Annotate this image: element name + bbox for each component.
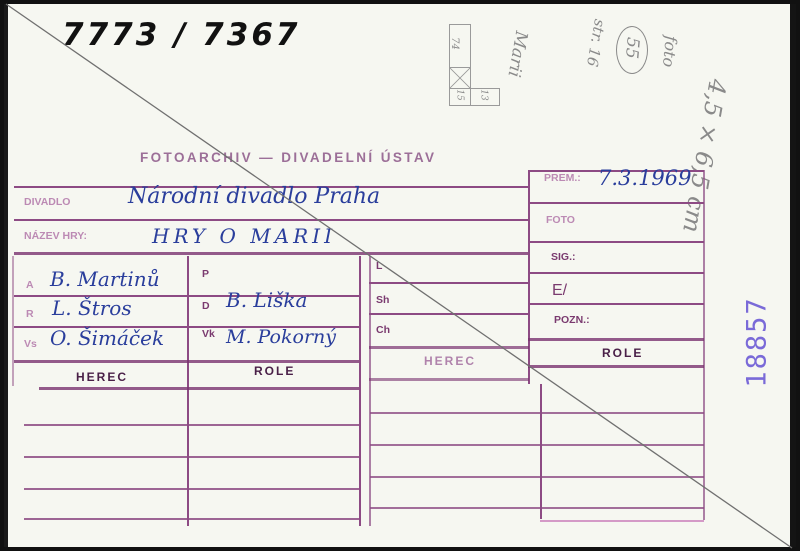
card-edge-left: [4, 4, 8, 547]
divider: [369, 346, 529, 349]
archive-card: 7773 / 7367 74 15 13 Marii str. 16 55 fo…: [4, 4, 796, 547]
pencil-box-bottom-right: 13: [479, 89, 489, 100]
divider: [540, 384, 542, 519]
value-nazev-hry: HRY O MARII: [152, 224, 336, 248]
pencil-note-foto: foto: [659, 35, 681, 68]
divider: [528, 365, 704, 368]
divider: [528, 338, 704, 341]
value-prem: 7.3.1969: [598, 166, 692, 190]
value-credit-r: L. Štros: [52, 296, 132, 320]
pencil-box-bottom-left: 15: [455, 89, 465, 100]
label-credit-l: L: [376, 260, 382, 272]
divider: [14, 219, 530, 221]
label-divadlo: DIVADLO: [24, 196, 70, 208]
divider: [369, 313, 529, 315]
label-credit-ch: Ch: [376, 324, 390, 336]
value-credit-d: B. Liška: [226, 288, 307, 312]
header-herec-right: HEREC: [424, 354, 476, 368]
pencil-circled-number-text: 55: [621, 36, 643, 59]
label-foto: FOTO: [546, 214, 575, 226]
divider: [14, 252, 530, 255]
divider: [528, 241, 704, 243]
divider: [14, 360, 359, 363]
value-credit-vs: O. Šimáček: [50, 326, 164, 350]
divider: [12, 256, 14, 386]
header-role-right: ROLE: [602, 346, 643, 360]
label-credit-vs: Vs: [24, 338, 37, 350]
table-row: [370, 444, 704, 446]
label-credit-a: A: [26, 279, 34, 291]
archive-stamp-number: 18857: [742, 272, 772, 412]
pencil-box-top: 74: [449, 37, 460, 50]
header-role-left: ROLE: [254, 364, 295, 378]
divider: [528, 272, 704, 274]
table-row: [370, 412, 704, 414]
pencil-note-marii: Marii: [503, 29, 531, 78]
divider: [187, 256, 189, 526]
table-row: [24, 456, 360, 458]
inventory-number: 7773 / 7367: [62, 17, 300, 53]
header-herec-left: HEREC: [76, 370, 128, 384]
label-pozn: POZN.:: [554, 314, 590, 326]
table-row: [370, 476, 704, 478]
label-credit-sh: Sh: [376, 294, 389, 306]
label-credit-d: D: [202, 300, 210, 312]
table-row: [24, 424, 360, 426]
label-e: E/: [552, 282, 567, 300]
divider: [39, 387, 359, 390]
label-credit-vk: Vk: [202, 328, 215, 340]
divider: [369, 378, 529, 381]
pencil-note-strana: str. 16: [583, 18, 609, 68]
table-row: [24, 488, 360, 490]
value-credit-a: B. Martinů: [50, 267, 160, 291]
stamp-header: FOTOARCHIV — DIVADELNÍ ÚSTAV: [140, 150, 436, 165]
divider: [369, 282, 529, 284]
divider: [528, 202, 704, 204]
divider: [528, 303, 704, 305]
divider: [359, 256, 361, 526]
value-credit-vk: M. Pokorný: [226, 326, 336, 348]
table-row: [370, 507, 704, 509]
table-row: [540, 520, 704, 522]
label-nazev-hry: NÁZEV HRY:: [24, 230, 87, 242]
divider: [369, 256, 371, 526]
label-prem: PREM.:: [544, 172, 581, 184]
card-edge-right: [790, 4, 796, 547]
value-divadlo: Národní divadlo Praha: [128, 184, 380, 209]
label-sig: SIG.:: [551, 251, 576, 263]
label-credit-r: R: [26, 308, 34, 320]
label-credit-p: P: [202, 268, 209, 280]
divider: [703, 170, 705, 520]
table-row: [24, 518, 360, 520]
